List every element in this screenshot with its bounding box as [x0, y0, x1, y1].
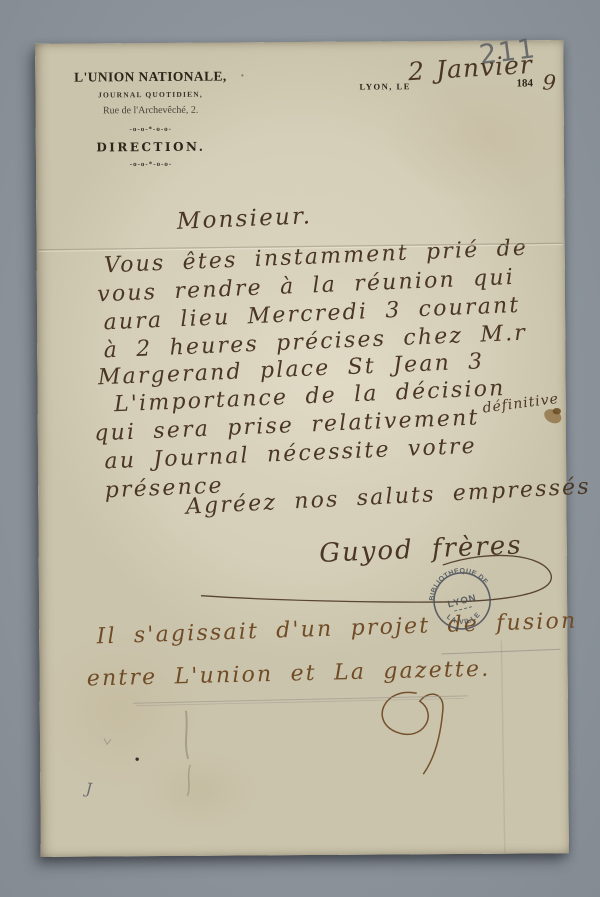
- letterhead-department: DIRECTION.: [66, 139, 236, 154]
- ornament-divider-icon: -o-o-*-o-o-: [66, 159, 236, 168]
- letterhead-title: L'UNION NATIONALE,: [65, 68, 235, 85]
- pencil-mark: J: [85, 780, 92, 798]
- fold-crease: [501, 641, 504, 853]
- salutation: Monsieur.: [176, 203, 312, 235]
- letter-page: L'UNION NATIONALE, JOURNAL QUOTIDIEN, Ru…: [35, 40, 569, 857]
- letterhead: L'UNION NATIONALE, JOURNAL QUOTIDIEN, Ru…: [65, 68, 236, 175]
- signature: Guyod frères: [319, 530, 523, 568]
- pencil-underline: [133, 696, 468, 703]
- pencil-scratch: [104, 738, 111, 744]
- pencil-underline: [441, 649, 560, 654]
- paraph-flourish: [382, 692, 443, 774]
- letterhead-subtitle: JOURNAL QUOTIDIEN,: [65, 89, 235, 99]
- closing-line: Agréez nos saluts empressés: [185, 474, 591, 519]
- ink-stain: [553, 408, 561, 414]
- dateline-printed-city: LYON, LE: [359, 81, 410, 91]
- paper-crease-tear: [187, 765, 190, 796]
- paper-speck: [135, 757, 138, 760]
- ornament-divider-icon: -o-o-*-o-o-: [66, 124, 236, 133]
- stamp-center-text: LYON: [447, 592, 478, 610]
- paper-speck: [241, 74, 243, 76]
- scan-background: L'UNION NATIONALE, JOURNAL QUOTIDIEN, Ru…: [0, 0, 600, 897]
- dateline-handwritten-date: 2 Janvier: [407, 50, 533, 86]
- letterhead-address: Rue de l'Archevêché, 2.: [66, 104, 236, 116]
- pencil-underline: [136, 698, 464, 705]
- dateline-printed-year: 184: [516, 77, 533, 89]
- paper-crease-tear: [186, 711, 188, 759]
- annotation-line: entre L'union et La gazette.: [87, 657, 491, 692]
- ink-stain: [542, 406, 564, 426]
- dateline-year-digit: 9: [542, 70, 559, 95]
